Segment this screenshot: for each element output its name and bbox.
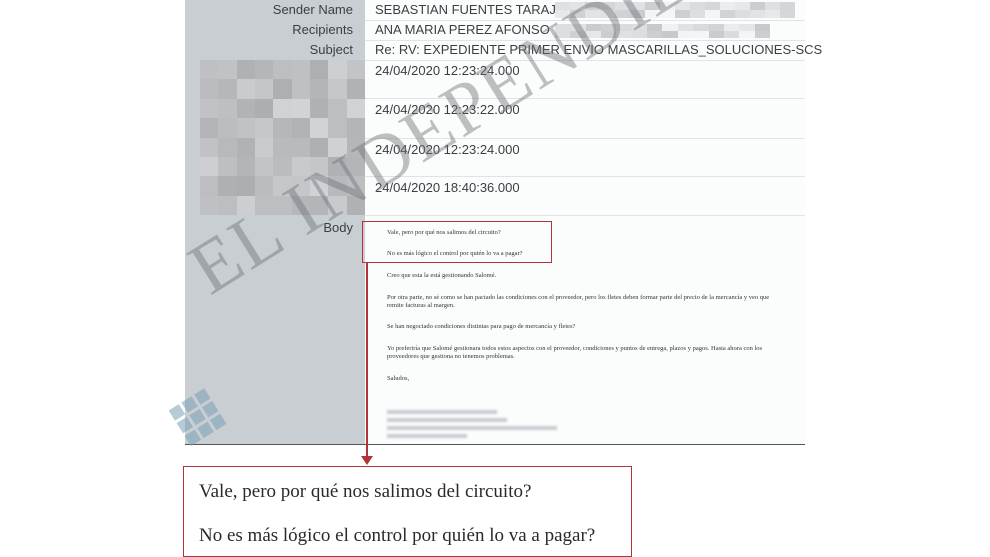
body-paragraph: Saludos,: [387, 375, 787, 383]
sender-name-value: SEBASTIAN FUENTES TARAJAI: [375, 2, 568, 17]
timestamp-2: 24/04/2020 12:23:22.000: [375, 102, 520, 117]
body-paragraph: Por otra parte, no sé como se han pactad…: [387, 294, 787, 310]
arrow-head-icon: [361, 456, 373, 465]
body-paragraph: Yo preferiría que Salomé gestionara todo…: [387, 345, 787, 361]
body-paragraph: Creo que esta la está gestionando Salomé…: [387, 272, 787, 280]
recipients-value: ANA MARIA PEREZ AFONSO ·: [375, 22, 558, 37]
body-highlight-box: [362, 221, 552, 263]
redacted-sender-email: [555, 2, 795, 18]
email-record-sheet: Sender Name Recipients Subject Body SEBA…: [185, 0, 805, 444]
timestamp-1: 24/04/2020 12:23:24.000: [375, 63, 520, 78]
body-paragraph: Se han negociado condiciones distintas p…: [387, 323, 787, 331]
field-label-column: Sender Name Recipients Subject Body: [185, 0, 365, 445]
field-value-column: SEBASTIAN FUENTES TARAJAI ANA MARIA PERE…: [365, 0, 805, 445]
callout-arrow: [366, 262, 368, 460]
subject-value: Re: RV: EXPEDIENTE PRIMER ENVIO MASCARIL…: [375, 42, 822, 57]
label-body: Body: [323, 220, 353, 235]
label-subject: Subject: [310, 42, 353, 57]
redacted-recipient-email: [555, 24, 770, 38]
timestamp-3: 24/04/2020 12:23:24.000: [375, 142, 520, 157]
callout-line-2: No es más lógico el control por quién lo…: [199, 525, 595, 547]
enlarged-quote-callout: Vale, pero por qué nos salimos del circu…: [183, 466, 632, 557]
redacted-labels: [200, 60, 365, 215]
timestamp-4: 24/04/2020 18:40:36.000: [375, 180, 520, 195]
label-sender-name: Sender Name: [273, 2, 353, 17]
label-recipients: Recipients: [292, 22, 353, 37]
callout-line-1: Vale, pero por qué nos salimos del circu…: [199, 481, 531, 503]
